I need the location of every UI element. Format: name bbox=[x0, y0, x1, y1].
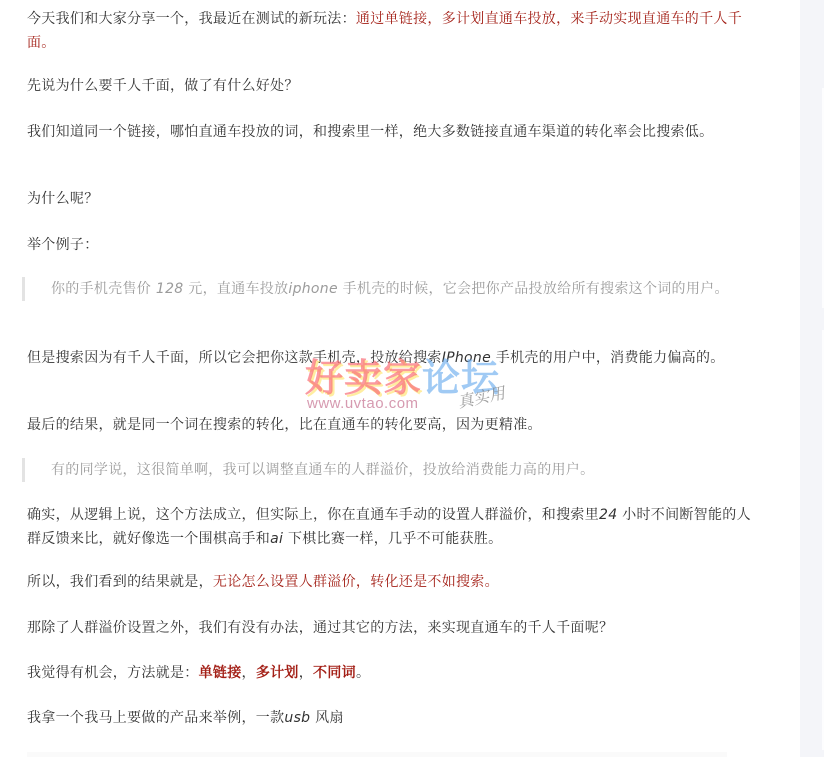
ai-term: ai bbox=[270, 531, 283, 547]
paragraph-intro: 今天我们和大家分享一个，我最近在测试的新玩法：通过单链接，多计划直通车投放，来手… bbox=[27, 7, 757, 55]
paragraph-text: 所以，我们看到的结果就是， bbox=[27, 574, 213, 590]
keyword-different-words: 不同词 bbox=[313, 665, 356, 681]
period: 。 bbox=[356, 665, 370, 681]
paragraph-product-example: 我拿一个我马上要做的产品来举例，一款usb 风扇 bbox=[27, 706, 757, 730]
paragraph-text: 我拿一个我马上要做的产品来举例，一款 bbox=[27, 710, 284, 726]
paragraph-text: 但是搜索因为有千人千面，所以它会把你这款手机壳，投放给搜索 bbox=[27, 350, 442, 366]
paragraph-conclusion: 所以，我们看到的结果就是，无论怎么设置人群溢价，转化还是不如搜索。 bbox=[27, 570, 757, 594]
separator: ， bbox=[242, 665, 256, 681]
paragraph-text: 下棋比赛一样，几乎不可能获胜。 bbox=[288, 531, 503, 547]
paragraph-search-personalization: 但是搜索因为有千人千面，所以它会把你这款手机壳，投放给搜索IPhone 手机壳的… bbox=[27, 346, 757, 370]
paragraph-text: 手机壳的用户中，消费能力偏高的。 bbox=[496, 350, 725, 366]
paragraph-why-question: 先说为什么要千人千面，做了有什么好处？ bbox=[27, 74, 757, 98]
quote-term: iphone bbox=[288, 281, 338, 297]
right-sidebar-gutter bbox=[800, 0, 824, 757]
paragraph-text: 确实，从逻辑上说，这个方法成立，但实际上，你在直通车手动的设置人群溢价，和搜索里 bbox=[27, 507, 599, 523]
paragraph-why: 为什么呢？ bbox=[27, 187, 757, 211]
hours-value: 24 bbox=[599, 507, 617, 523]
keyword-single-link: 单链接 bbox=[199, 665, 242, 681]
watermark-url: www.uvtao.com bbox=[307, 395, 419, 412]
blockquote-objection: 有的同学说，这很简单啊，我可以调整直通车的人群溢价，投放给消费能力高的用户。 bbox=[22, 458, 757, 482]
conclusion-highlight: 无论怎么设置人群溢价，转化还是不如搜索。 bbox=[213, 574, 499, 590]
quote-price: 128 bbox=[156, 281, 184, 297]
search-term: IPhone bbox=[442, 350, 491, 366]
paragraph-method: 我觉得有机会，方法就是：单链接，多计划，不同词。 bbox=[27, 661, 757, 685]
quote-text: 手机壳的时候，它会把你产品投放给所有搜索这个词的用户。 bbox=[343, 281, 729, 297]
quote-text: 你的手机壳售价 bbox=[51, 281, 151, 297]
next-content-preview bbox=[27, 752, 727, 757]
article-body: 今天我们和大家分享一个，我最近在测试的新玩法：通过单链接，多计划直通车投放，来手… bbox=[0, 0, 800, 757]
keyword-multi-plan: 多计划 bbox=[256, 665, 299, 681]
paragraph-logic: 确实，从逻辑上说，这个方法成立，但实际上，你在直通车手动的设置人群溢价，和搜索里… bbox=[27, 503, 757, 551]
watermark-signature: 真实用 bbox=[455, 380, 507, 412]
paragraph-example-label: 举个例子： bbox=[27, 233, 757, 257]
usb-term: usb bbox=[284, 710, 310, 726]
blockquote-example: 你的手机壳售价 128 元，直通车投放iphone 手机壳的时候，它会把你产品投… bbox=[22, 277, 757, 301]
paragraph-result: 最后的结果，就是同一个词在搜索的转化，比在直通车的转化要高，因为更精准。 bbox=[27, 413, 757, 437]
separator: ， bbox=[299, 665, 313, 681]
intro-text: 今天我们和大家分享一个，我最近在测试的新玩法： bbox=[27, 11, 356, 27]
paragraph-text: 我觉得有机会，方法就是： bbox=[27, 665, 199, 681]
paragraph-conversion-rate: 我们知道同一个链接，哪怕直通车投放的词，和搜索里一样，绝大多数链接直通车渠道的转… bbox=[27, 120, 757, 144]
paragraph-text: 风扇 bbox=[315, 710, 344, 726]
paragraph-alternative-question: 那除了人群溢价设置之外，我们有没有办法，通过其它的方法，来实现直通车的千人千面呢… bbox=[27, 616, 757, 640]
quote-text: 元，直通车投放 bbox=[188, 281, 288, 297]
